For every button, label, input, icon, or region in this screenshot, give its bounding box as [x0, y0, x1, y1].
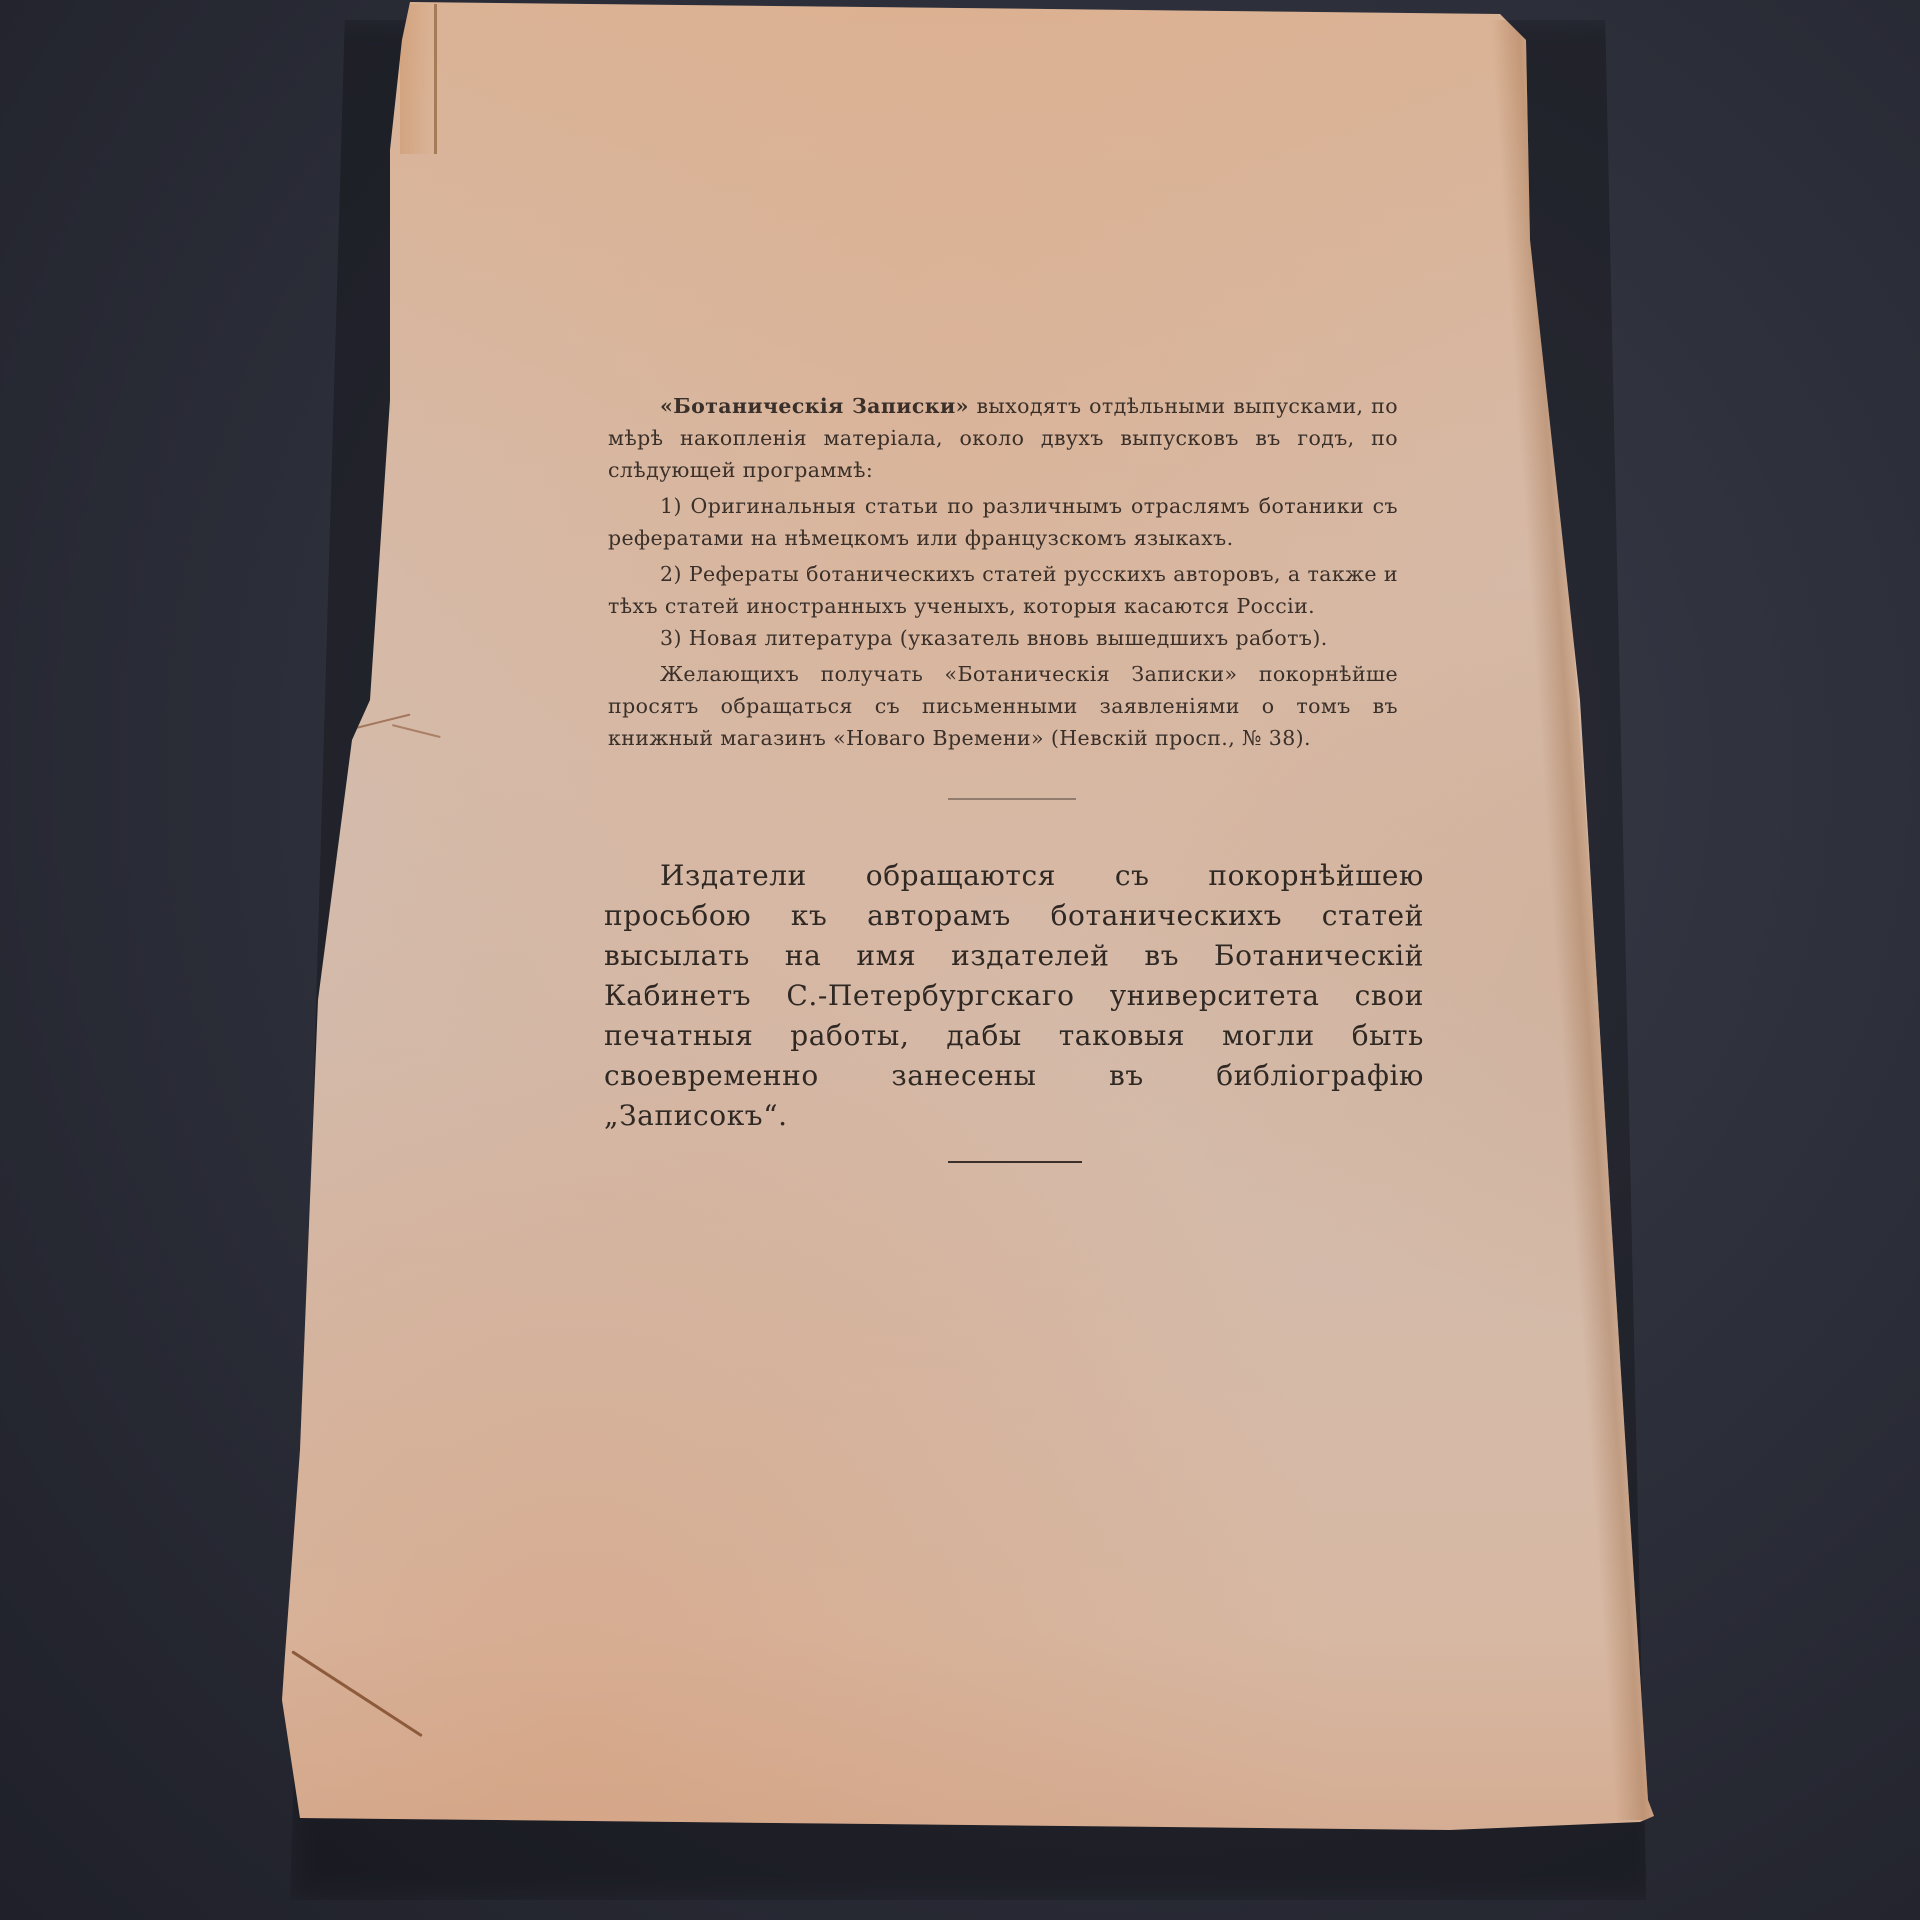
page-tear [291, 1650, 423, 1737]
page-tear [392, 724, 441, 738]
request-text: Издатели обращаются съ покорнѣйшею прось… [604, 856, 1424, 1136]
paper-page: «Ботаническія Записки» выходятъ отдѣльны… [0, 0, 1920, 1920]
program-item-3: 3) Новая литература (указатель вновь выш… [608, 622, 1398, 654]
journal-title: «Ботаническія Записки» [660, 394, 969, 418]
program-item-2: 2) Рефераты ботаническихъ статей русских… [608, 558, 1398, 622]
subscription-info: Желающихъ получать «Ботаническія Записки… [608, 658, 1398, 754]
ornament-divider [948, 798, 1076, 800]
page-fold [400, 4, 437, 154]
publishers-request: Издатели обращаются съ покорнѣйшею прось… [604, 856, 1424, 1136]
rule-divider [948, 1161, 1082, 1163]
program-item-1: 1) Оригинальныя статьи по различнымъ отр… [608, 490, 1398, 554]
notice-intro: «Ботаническія Записки» выходятъ отдѣльны… [608, 390, 1398, 486]
publication-notice: «Ботаническія Записки» выходятъ отдѣльны… [608, 390, 1398, 754]
